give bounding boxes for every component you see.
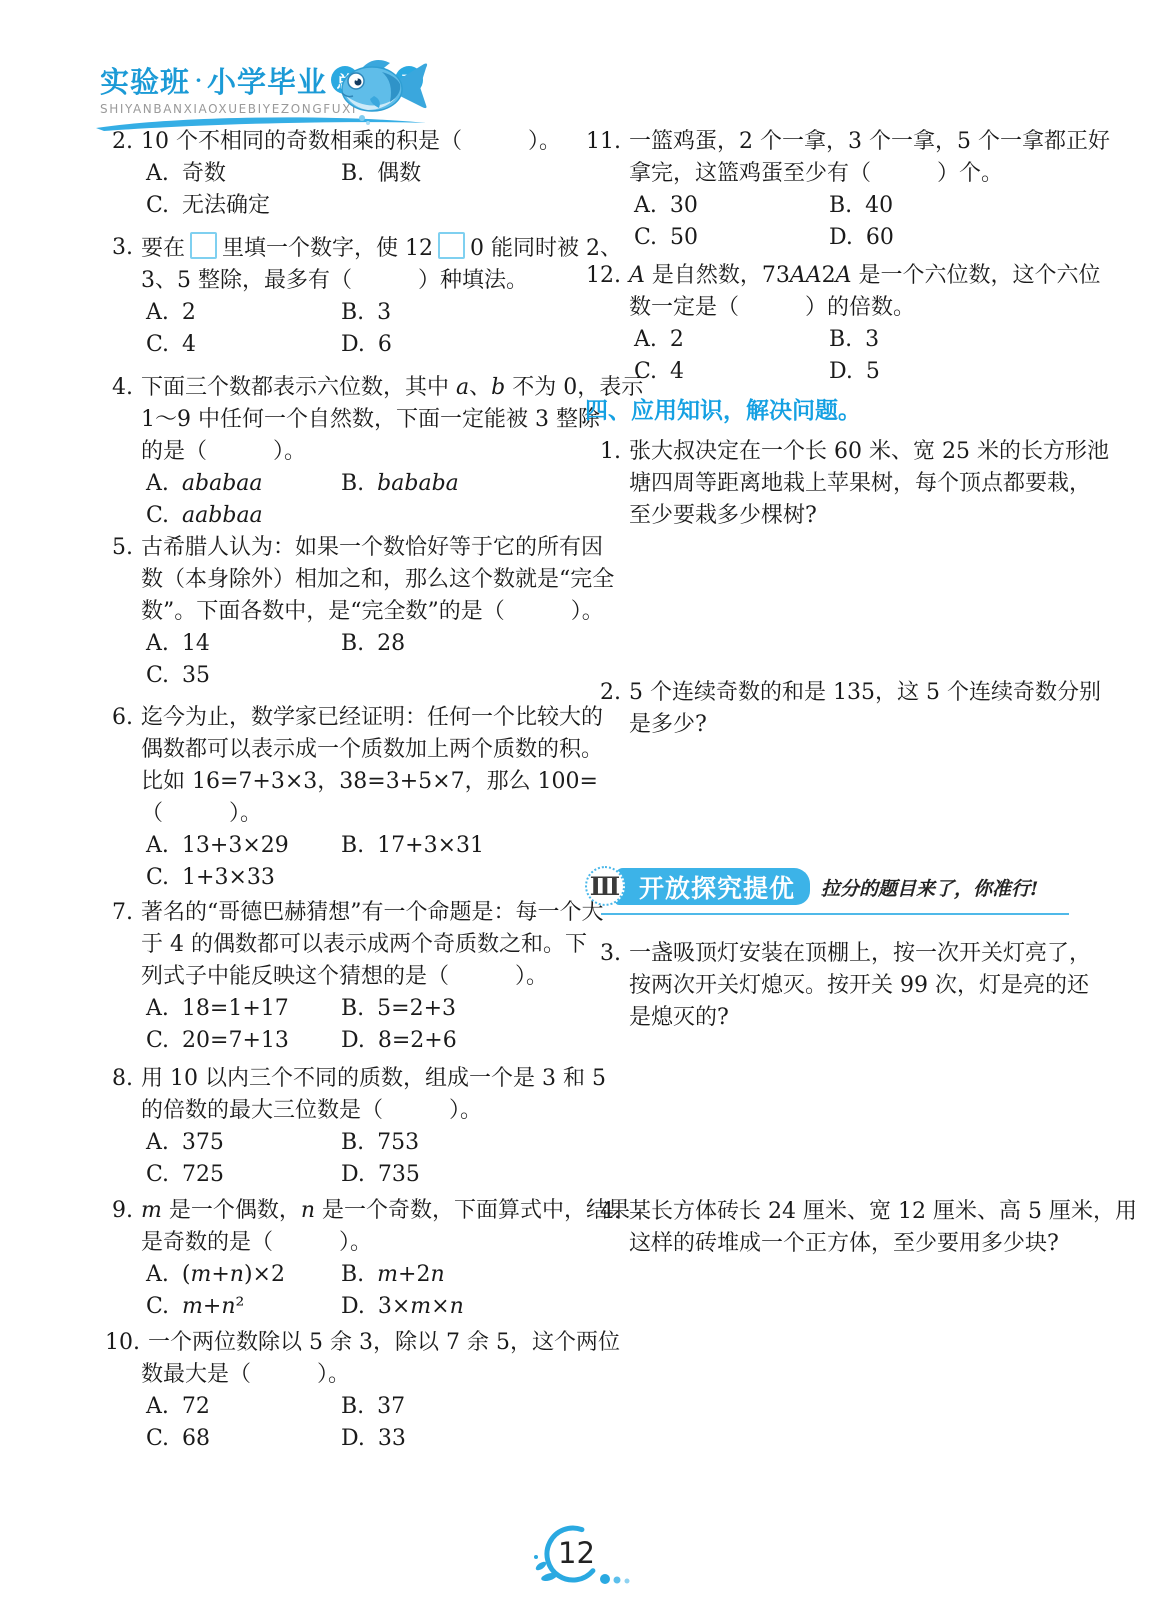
option-label: B. (341, 1127, 364, 1159)
option-C: C.4 (634, 356, 829, 388)
fill-in-box (438, 232, 465, 259)
question-number: 2. (105, 126, 141, 158)
question-3: 3.一盏吸顶灯安装在顶棚上，按一次开关灯亮了，按两次开关灯熄灭。按开关 99 次… (585, 938, 1065, 1034)
question-number: 6. (105, 702, 141, 734)
option-A: A.2 (146, 297, 341, 329)
question-text-line: 数一定是（ ）的倍数。 (629, 292, 915, 324)
option-C: C.m+n² (146, 1291, 341, 1323)
option-A: A.奇数 (146, 158, 341, 190)
option-B: B.3 (341, 297, 575, 329)
option-label: D. (341, 1159, 365, 1191)
option-text: 13+3×29 (182, 830, 289, 862)
option-text: 14 (182, 628, 210, 660)
option-text: 18=1+17 (182, 993, 289, 1025)
fish-mascot-icon (332, 52, 432, 128)
question-text-line: 数最大是（ ）。 (141, 1359, 350, 1391)
question-11: 11.一篮鸡蛋，2 个一拿，3 个一拿，5 个一拿都正好拿完，这篮鸡蛋至少有（ … (585, 126, 1065, 254)
option-label: C. (146, 1291, 169, 1323)
option-label: B. (341, 297, 364, 329)
question-number: 11. (585, 126, 629, 158)
options-row: C.m+n²D.3×m×n (105, 1291, 575, 1323)
options-row: A.2B.3 (105, 297, 575, 329)
option-label: B. (341, 158, 364, 190)
option-text: 3×m×n (378, 1291, 464, 1323)
option-B: B.5=2+3 (341, 993, 575, 1025)
brand-separator: · (195, 68, 202, 92)
option-label: A. (146, 297, 169, 329)
option-label: B. (829, 324, 852, 356)
option-label: D. (341, 329, 365, 361)
option-label: C. (146, 1423, 169, 1455)
question-text-line: m 是一个偶数，n 是一个奇数，下面算式中，结果 (141, 1195, 630, 1227)
question-text-line: 著名的“哥德巴赫猜想”有一个命题是：每一个大 (141, 897, 604, 929)
option-text: 3 (377, 297, 391, 329)
banner-title: 开放探究提优 (615, 868, 810, 905)
option-text: 60 (866, 222, 894, 254)
question-3: 3.要在里填一个数字，使 120 能同时被 2、3、5 整除，最多有（ ）种填法… (105, 232, 575, 361)
question-text-line: 这样的砖堆成一个正方体，至少要用多少块? (629, 1228, 1059, 1260)
question-text-line: 古希腊人认为：如果一个数恰好等于它的所有因 (141, 532, 603, 564)
option-B: B.bababa (341, 468, 575, 500)
question-4: 4.下面三个数都表示六位数，其中 a、b 不为 0，表示1～9 中任何一个自然数… (105, 372, 575, 532)
option-label: B. (341, 993, 364, 1025)
option-text: m+n² (182, 1291, 244, 1323)
option-D: D.8=2+6 (341, 1025, 575, 1057)
option-C: C.725 (146, 1159, 341, 1191)
option-label: D. (829, 356, 853, 388)
question-text-line: 于 4 的偶数都可以表示成两个奇质数之和。下 (141, 929, 587, 961)
option-label: C. (146, 329, 169, 361)
options-row: C.4D.5 (585, 356, 1065, 388)
option-text: m+2n (377, 1259, 444, 1291)
option-text: 6 (378, 329, 392, 361)
question-text-line: 下面三个数都表示六位数，其中 a、b 不为 0，表示 (141, 372, 643, 404)
option-D: D.60 (829, 222, 1065, 254)
question-8: 8.用 10 以内三个不同的质数，组成一个是 3 和 5的倍数的最大三位数是（ … (105, 1063, 575, 1191)
question-number: 12. (585, 260, 629, 292)
option-text: 37 (377, 1391, 405, 1423)
question-text-line: 的是（ ）。 (141, 436, 306, 468)
option-B: B.40 (829, 190, 1065, 222)
option-A: A.13+3×29 (146, 830, 341, 862)
options-row: A.375B.753 (105, 1127, 575, 1159)
page-footer: 12 (523, 1510, 653, 1596)
banner-tagline: 拉分的题目来了，你准行! (821, 874, 1038, 901)
question-text-line: 塘四周等距离地栽上苹果树，每个顶点都要栽， (629, 468, 1091, 500)
option-text: 68 (182, 1423, 210, 1455)
option-A: A.ababaa (146, 468, 341, 500)
option-label: D. (341, 1025, 365, 1057)
option-text: 28 (377, 628, 405, 660)
options-row: A.14B.28 (105, 628, 575, 660)
question-number: 10. (105, 1327, 148, 1359)
option-label: C. (146, 862, 169, 894)
option-A: A.14 (146, 628, 341, 660)
option-A: A.2 (634, 324, 829, 356)
question-text-line: A 是自然数，73AA2A 是一个六位数，这个六位 (629, 260, 1101, 292)
option-C: C.aabbaa (146, 500, 575, 532)
options-row: A.(m+n)×2B.m+2n (105, 1259, 575, 1291)
options-row: C.无法确定 (105, 190, 575, 222)
option-label: A. (146, 1259, 169, 1291)
options-row: C.aabbaa (105, 500, 575, 532)
option-label: D. (341, 1423, 365, 1455)
question-number: 5. (105, 532, 141, 564)
option-label: B. (341, 1391, 364, 1423)
question-number: 3. (105, 232, 141, 265)
question-text-line: 一个两位数除以 5 余 3，除以 7 余 5，这个两位 (148, 1327, 620, 1359)
option-text: 5=2+3 (377, 993, 456, 1025)
question-5: 5.古希腊人认为：如果一个数恰好等于它的所有因数（本身除外）相加之和，那么这个数… (105, 532, 575, 692)
option-text: 72 (182, 1391, 210, 1423)
option-text: 奇数 (182, 158, 226, 190)
question-text-line: 一篮鸡蛋，2 个一拿，3 个一拿，5 个一拿都正好 (629, 126, 1110, 158)
option-text: 无法确定 (182, 190, 270, 222)
option-text: 4 (670, 356, 684, 388)
option-label: C. (146, 660, 169, 692)
option-label: C. (146, 500, 169, 532)
option-A: A.18=1+17 (146, 993, 341, 1025)
question-number: 1. (585, 436, 629, 468)
option-label: A. (146, 628, 169, 660)
brand-header: 实验班 · 小学毕业 总 复 习 SHIYANBANXIAOXUEBIYEZON… (100, 60, 440, 116)
option-text: 1+3×33 (182, 862, 275, 894)
options-row: A.ababaaB.bababa (105, 468, 575, 500)
question-number: 8. (105, 1063, 141, 1095)
page-number: 12 (558, 1536, 595, 1570)
option-label: A. (146, 1391, 169, 1423)
question-text-line: 用 10 以内三个不同的质数，组成一个是 3 和 5 (141, 1063, 606, 1095)
question-10: 10.一个两位数除以 5 余 3，除以 7 余 5，这个两位数最大是（ ）。A.… (105, 1327, 575, 1455)
option-text: 5 (866, 356, 880, 388)
option-text: 375 (182, 1127, 224, 1159)
options-row: A.13+3×29B.17+3×31 (105, 830, 575, 862)
questions-column-right: 11.一篮鸡蛋，2 个一拿，3 个一拿，5 个一拿都正好拿完，这篮鸡蛋至少有（ … (585, 126, 1065, 1260)
question-text-line: 是多少? (629, 709, 707, 741)
option-label: B. (341, 628, 364, 660)
options-row: C.68D.33 (105, 1423, 575, 1455)
question-text-line: 3、5 整除，最多有（ ）种填法。 (141, 265, 528, 297)
option-text: 50 (670, 222, 698, 254)
question-text-line: 一盏吸顶灯安装在顶棚上，按一次开关灯亮了， (629, 938, 1091, 970)
question-text-line: 迄今为止，数学家已经证明：任何一个比较大的 (141, 702, 603, 734)
option-B: B.753 (341, 1127, 575, 1159)
option-text: 753 (377, 1127, 419, 1159)
option-C: C.20=7+13 (146, 1025, 341, 1057)
option-C: C.1+3×33 (146, 862, 575, 894)
section-banner: Ⅲ开放探究提优拉分的题目来了，你准行! (585, 866, 1065, 912)
option-B: B.17+3×31 (341, 830, 575, 862)
option-C: C.4 (146, 329, 341, 361)
question-number: 4. (585, 1196, 629, 1228)
options-row: C.35 (105, 660, 575, 692)
option-text: 33 (378, 1423, 406, 1455)
question-text-line: （ ）。 (141, 798, 262, 830)
question-text-line: 某长方体砖长 24 厘米、宽 12 厘米、高 5 厘米，用 (629, 1196, 1137, 1228)
question-text-line: 列式子中能反映这个猜想的是（ ）。 (141, 961, 548, 993)
option-label: C. (146, 190, 169, 222)
option-label: B. (341, 830, 364, 862)
option-label: C. (634, 356, 657, 388)
question-7: 7.著名的“哥德巴赫猜想”有一个命题是：每一个大于 4 的偶数都可以表示成两个奇… (105, 897, 575, 1057)
option-text: 40 (865, 190, 893, 222)
option-label: B. (829, 190, 852, 222)
options-row: A.奇数B.偶数 (105, 158, 575, 190)
option-A: A.30 (634, 190, 829, 222)
option-label: A. (146, 468, 169, 500)
brand-title: 实验班 (100, 60, 190, 101)
question-number: 7. (105, 897, 141, 929)
options-row: A.30B.40 (585, 190, 1065, 222)
option-B: B.偶数 (341, 158, 575, 190)
question-number: 3. (585, 938, 629, 970)
option-label: C. (146, 1159, 169, 1191)
question-text-line: 按两次开关灯熄灭。按开关 99 次，灯是亮的还 (629, 970, 1089, 1002)
question-text-line: 10 个不相同的奇数相乘的积是（ ）。 (141, 126, 561, 158)
questions-column-left: 2.10 个不相同的奇数相乘的积是（ ）。A.奇数B.偶数C.无法确定3.要在里… (105, 126, 575, 1455)
option-text: 4 (182, 329, 196, 361)
options-row: C.725D.735 (105, 1159, 575, 1191)
option-label: D. (341, 1291, 365, 1323)
option-label: A. (634, 324, 657, 356)
option-text: 3 (865, 324, 879, 356)
option-D: D.3×m×n (341, 1291, 575, 1323)
option-text: 8=2+6 (378, 1025, 457, 1057)
question-2: 2.5 个连续奇数的和是 135，这 5 个连续奇数分别是多少? (585, 677, 1065, 741)
question-1: 1.张大叔决定在一个长 60 米、宽 25 米的长方形池塘四周等距离地栽上苹果树… (585, 436, 1065, 532)
question-number: 9. (105, 1195, 141, 1227)
option-label: A. (146, 158, 169, 190)
option-label: A. (146, 1127, 169, 1159)
question-text-line: 至少要栽多少棵树? (629, 500, 817, 532)
options-row: A.18=1+17B.5=2+3 (105, 993, 575, 1025)
question-text-line: 拿完，这篮鸡蛋至少有（ ）个。 (629, 158, 1003, 190)
question-text-line: 的倍数的最大三位数是（ ）。 (141, 1095, 482, 1127)
question-4: 4.某长方体砖长 24 厘米、宽 12 厘米、高 5 厘米，用这样的砖堆成一个正… (585, 1196, 1065, 1260)
option-C: C.50 (634, 222, 829, 254)
fill-in-box (190, 232, 217, 259)
options-row: C.50D.60 (585, 222, 1065, 254)
options-row: C.20=7+13D.8=2+6 (105, 1025, 575, 1057)
question-number: 4. (105, 372, 141, 404)
option-label: A. (634, 190, 657, 222)
question-text-line: 比如 16=7+3×3，38=3+5×7，那么 100= (141, 766, 598, 798)
question-6: 6.迄今为止，数学家已经证明：任何一个比较大的偶数都可以表示成一个质数加上两个质… (105, 702, 575, 894)
question-text-line: 是熄灭的? (629, 1002, 729, 1034)
option-C: C.无法确定 (146, 190, 575, 222)
option-text: 725 (182, 1159, 224, 1191)
question-text-line: 张大叔决定在一个长 60 米、宽 25 米的长方形池 (629, 436, 1109, 468)
option-text: 30 (670, 190, 698, 222)
option-B: B.m+2n (341, 1259, 575, 1291)
option-A: A.(m+n)×2 (146, 1259, 341, 1291)
question-12: 12.A 是自然数，73AA2A 是一个六位数，这个六位数一定是（ ）的倍数。A… (585, 260, 1065, 388)
roman-numeral-badge-icon: Ⅲ (585, 866, 625, 906)
option-label: B. (341, 1259, 364, 1291)
option-label: B. (341, 468, 364, 500)
option-D: D.5 (829, 356, 1065, 388)
options-row: C.1+3×33 (105, 862, 575, 894)
option-label: A. (146, 830, 169, 862)
option-B: B.28 (341, 628, 575, 660)
question-text-line: 偶数都可以表示成一个质数加上两个质数的积。 (141, 734, 603, 766)
option-A: A.375 (146, 1127, 341, 1159)
option-D: D.33 (341, 1423, 575, 1455)
section-heading: 四、应用知识，解决问题。 (585, 394, 1065, 428)
option-text: bababa (377, 468, 459, 500)
option-text: 20=7+13 (182, 1025, 289, 1057)
options-row: A.72B.37 (105, 1391, 575, 1423)
option-text: aabbaa (182, 500, 263, 532)
option-D: D.6 (341, 329, 575, 361)
option-text: ababaa (182, 468, 263, 500)
question-9: 9.m 是一个偶数，n 是一个奇数，下面算式中，结果是奇数的是（ ）。A.(m+… (105, 1195, 575, 1323)
question-text-line: 数”。下面各数中，是“完全数”的是（ ）。 (141, 596, 604, 628)
option-C: C.35 (146, 660, 575, 692)
question-text-line: 要在里填一个数字，使 120 能同时被 2、 (141, 232, 622, 265)
option-text: (m+n)×2 (182, 1259, 285, 1291)
option-text: 17+3×31 (377, 830, 484, 862)
question-2: 2.10 个不相同的奇数相乘的积是（ ）。A.奇数B.偶数C.无法确定 (105, 126, 575, 222)
question-text-line: 1～9 中任何一个自然数，下面一定能被 3 整除 (141, 404, 600, 436)
option-text: 35 (182, 660, 210, 692)
options-row: A.2B.3 (585, 324, 1065, 356)
option-B: B.3 (829, 324, 1065, 356)
question-text-line: 数（本身除外）相加之和，那么这个数就是“完全 (141, 564, 614, 596)
options-row: C.4D.6 (105, 329, 575, 361)
option-label: A. (146, 993, 169, 1025)
option-label: D. (829, 222, 853, 254)
option-B: B.37 (341, 1391, 575, 1423)
brand-subtitle-cn: 小学毕业 (207, 60, 327, 101)
option-D: D.735 (341, 1159, 575, 1191)
question-text-line: 5 个连续奇数的和是 135，这 5 个连续奇数分别 (629, 677, 1101, 709)
option-C: C.68 (146, 1423, 341, 1455)
banner-underline (601, 913, 1069, 915)
option-text: 偶数 (377, 158, 421, 190)
option-label: C. (146, 1025, 169, 1057)
option-text: 2 (182, 297, 196, 329)
question-number: 2. (585, 677, 629, 709)
option-A: A.72 (146, 1391, 341, 1423)
option-text: 2 (670, 324, 684, 356)
option-label: C. (634, 222, 657, 254)
option-text: 735 (378, 1159, 420, 1191)
question-text-line: 是奇数的是（ ）。 (141, 1227, 372, 1259)
